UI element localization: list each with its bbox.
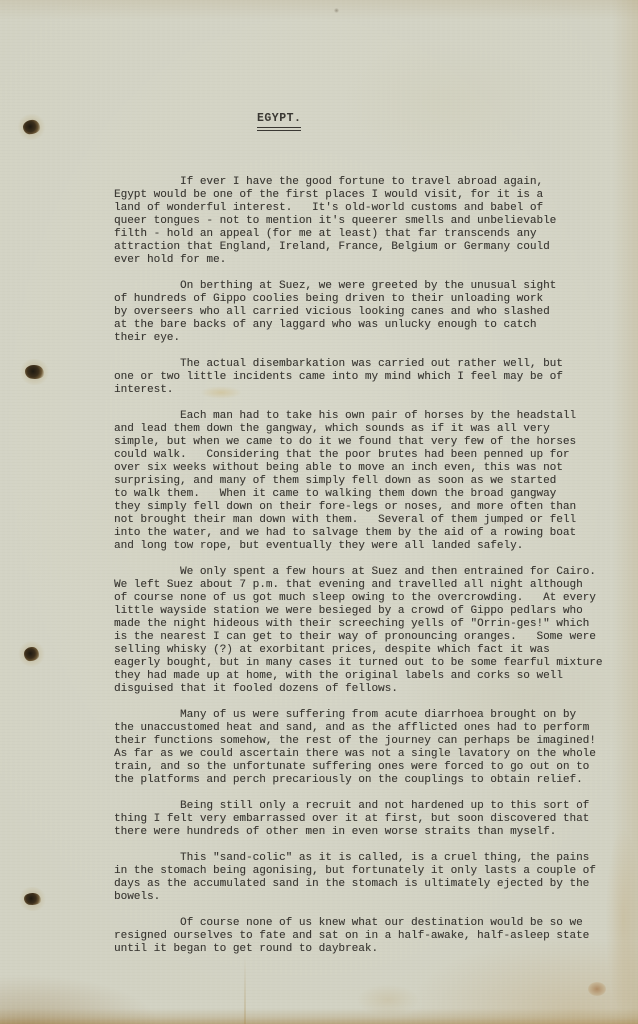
punch-hole-icon <box>24 892 42 905</box>
paper-stain <box>358 985 418 1015</box>
page-title: EGYPT. <box>257 112 301 131</box>
paper-stain <box>588 982 606 996</box>
paragraph-berthing-suez: On berthing at Suez, we were greeted by … <box>114 280 628 345</box>
paragraph-diarrhoea: Many of us were suffering from acute dia… <box>114 709 628 787</box>
paragraph-intro: If ever I have the good fortune to trave… <box>114 176 628 267</box>
paragraph-horses: Each man had to take his own pair of hor… <box>114 410 628 553</box>
punch-hole-icon <box>24 647 40 662</box>
paragraph-train-to-cairo: We only spent a few hours at Suez and th… <box>114 566 628 696</box>
paragraph-recruit: Being still only a recruit and not harde… <box>114 800 628 839</box>
paragraph-sand-colic: This "sand-colic" as it is called, is a … <box>114 852 628 904</box>
page-title-text: EGYPT. <box>257 113 301 131</box>
paragraph-destination: Of course none of us knew what our desti… <box>114 917 628 956</box>
document-body: If ever I have the good fortune to trave… <box>114 176 628 969</box>
paragraph-disembarkation: The actual disembarkation was carried ou… <box>114 358 628 397</box>
punch-hole-icon <box>24 364 45 380</box>
punch-hole-icon <box>22 119 40 135</box>
document-page: EGYPT. If ever I have the good fortune t… <box>0 0 638 1024</box>
paper-speck <box>334 8 339 13</box>
